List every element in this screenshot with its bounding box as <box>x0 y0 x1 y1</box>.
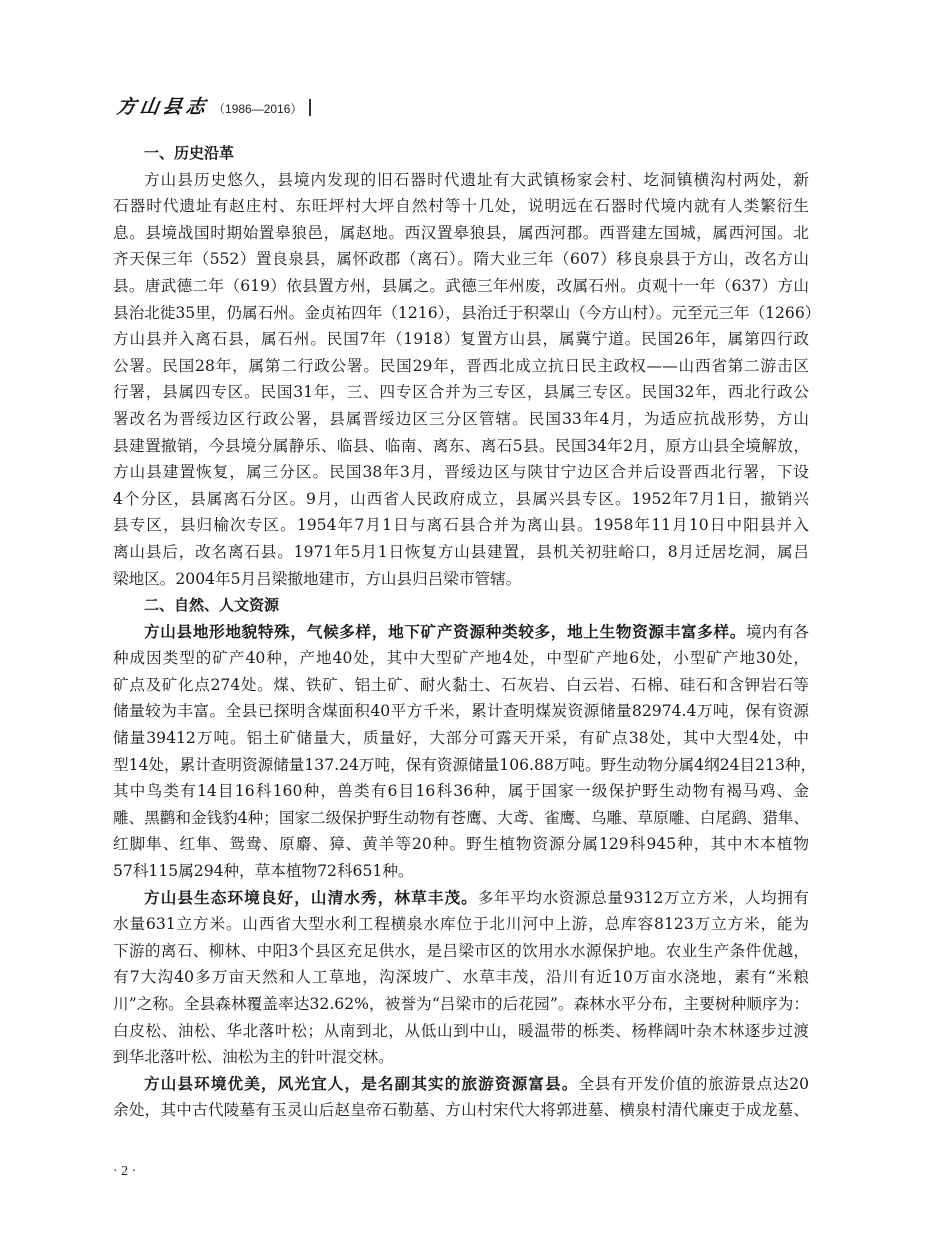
text-line: 矿点及矿化点274处。煤、铁矿、铝土矿、耐火黏土、石灰岩、白云岩、石棉、硅石和含… <box>113 672 809 699</box>
text-line: 到华北落叶松、油松为主的针叶混交林。 <box>113 1044 809 1071</box>
text-line: 息。县境战国时期始置皋狼邑，属赵地。西汉置皋狼县，属西河郡。西晋建左国城，属西河… <box>113 220 809 247</box>
text-line: 雕、黑鹳和金钱豹4种；国家二级保护野生动物有苍鹰、大鸢、雀鹰、乌雕、草原雕、白尾… <box>113 805 809 832</box>
page-body: 一、历史沿革 方山县历史悠久，县境内发现的旧石器时代遗址有大武镇杨家会村、圪洞镇… <box>113 140 809 1124</box>
text-line: 储量较为丰富。全县已探明含煤面积40平方千米，累计查明煤炭资源储量82974.4… <box>113 698 809 725</box>
lead-sentence: 方山县生态环境良好，山清水秀，林草丰茂。 <box>144 888 478 907</box>
text-line: 石器时代遗址有赵庄村、东旺坪村大坪自然村等十几处，说明远在石器时代境内就有人类繁… <box>113 193 809 220</box>
text-line: 57科115属294种，草本植物72科651种。 <box>113 858 809 885</box>
text-line: 行署，县属四专区。民国31年，三、四专区合并为三专区，县属三专区。民国32年，西… <box>113 379 809 406</box>
text-line: 署改名为晋绥边区行政公署，县属晋绥边区三分区管辖。民国33年4月，为适应抗战形势… <box>113 406 809 433</box>
text-line: 川”之称。全县森林覆盖率达32.62%，被誉为“吕梁市的后花园”。森林水平分布，… <box>113 991 809 1018</box>
running-header: 方山县志 （1986—2016） <box>117 92 311 122</box>
text-line: 余处，其中古代陵墓有玉灵山后赵皇帝石勒墓、方山村宋代大将郭进墓、横泉村清代廉吏于… <box>113 1097 809 1124</box>
text-line: 方山县环境优美，风光宜人，是名副其实的旅游资源富县。全县有开发价值的旅游景点达2… <box>113 1071 809 1098</box>
lead-sentence: 方山县环境优美，风光宜人，是名副其实的旅游资源富县。 <box>144 1074 578 1093</box>
text-line: 县建置撤销，今县境分属静乐、临县、临南、离东、离石5县。民国34年2月，原方山县… <box>113 433 809 460</box>
text-line: 县专区，县归榆次专区。1954年7月1日与离石县合并为离山县。1958年11月1… <box>113 512 809 539</box>
page-number: · 2 · <box>113 1164 136 1180</box>
book-years: （1986—2016） <box>213 100 302 117</box>
text-line: 有7大沟40多万亩天然和人工草地，沟深坡广、水草丰茂，沿川有近10万亩水浇地，素… <box>113 964 809 991</box>
text-line: 其中鸟类有14目16科160种，兽类有6目16科36种，属于国家一级保护野生动物… <box>113 778 809 805</box>
text-line: 方山县生态环境良好，山清水秀，林草丰茂。多年平均水资源总量9312万立方米，人均… <box>113 885 809 912</box>
text-line: 红脚隼、红隼、鸳鸯、原麝、獐、黄羊等20种。野生植物资源分属129科945种，其… <box>113 831 809 858</box>
resources-paragraph-tourism: 方山县环境优美，风光宜人，是名副其实的旅游资源富县。全县有开发价值的旅游景点达2… <box>113 1071 809 1124</box>
text-line: 下游的离石、柳林、中阳3个县区充足供水，是吕梁市区的饮用水水源保护地。农业生产条… <box>113 938 809 965</box>
text-line: 县。唐武德二年（619）依县置方州，县属之。武德三年州废，改属石州。贞观十一年（… <box>113 273 809 300</box>
resources-paragraph-minerals: 方山县地形地貌特殊，气候多样，地下矿产资源种类较多，地上生物资源丰富多样。境内有… <box>113 619 809 885</box>
section-heading-history: 一、历史沿革 <box>113 140 809 167</box>
text-line: 水量631立方米。山西省大型水利工程横泉水库位于北川河中上游，总库容8123万立… <box>113 911 809 938</box>
text-line: 方山县并入离石县，属石州。民国7年（1918）复置方山县，属冀宁道。民国26年，… <box>113 326 809 353</box>
text-line: 方山县地形地貌特殊，气候多样，地下矿产资源种类较多，地上生物资源丰富多样。境内有… <box>113 619 809 646</box>
text-line: 方山县历史悠久，县境内发现的旧石器时代遗址有大武镇杨家会村、圪洞镇横沟村两处，新 <box>113 167 809 194</box>
text-line: 种成因类型的矿产40种，产地40处，其中大型矿产地4处，中型矿产地6处，小型矿产… <box>113 645 809 672</box>
text-line: 白皮松、油松、华北落叶松；从南到北，从低山到中山，暖温带的栎类、杨桦阔叶杂木林逐… <box>113 1018 809 1045</box>
section-heading-resources: 二、自然、人文资源 <box>113 592 809 619</box>
resources-paragraph-ecology: 方山县生态环境良好，山清水秀，林草丰茂。多年平均水资源总量9312万立方米，人均… <box>113 885 809 1071</box>
text-line: 梁地区。2004年5月吕梁撤地建市，方山县归吕梁市管辖。 <box>113 566 809 593</box>
text-line: 4个分区，县属离石分区。9月，山西省人民政府成立，县属兴县专区。1952年7月1… <box>113 486 809 513</box>
history-paragraph: 方山县历史悠久，县境内发现的旧石器时代遗址有大武镇杨家会村、圪洞镇横沟村两处，新… <box>113 167 809 593</box>
header-divider <box>309 99 311 116</box>
lead-sentence: 方山县地形地貌特殊，气候多样，地下矿产资源种类较多，地上生物资源丰富多样。 <box>144 622 746 641</box>
text-line: 公署。民国28年，属第二行政公署。民国29年，晋西北成立抗日民主政权——山西省第… <box>113 353 809 380</box>
text-line: 离山县后，改名离石县。1971年5月1日恢复方山县建置，县机关初驻峪口，8月迁居… <box>113 539 809 566</box>
text-line: 齐天保三年（552）置良泉县，属怀政郡（离石）。隋大业三年（607）移良泉县于方… <box>113 246 809 273</box>
text-line: 型14处，累计查明资源储量137.24万吨，保有资源储量106.88万吨。野生动… <box>113 752 809 779</box>
book-title: 方山县志 <box>115 92 211 119</box>
text-line: 方山县建置恢复，属三分区。民国38年3月，晋绥边区与陕甘宁边区合并后设晋西北行署… <box>113 459 809 486</box>
text-line: 储量39412万吨。铝土矿储量大，质量好，大部分可露天开采，有矿点38处，其中大… <box>113 725 809 752</box>
text-line: 县治北徙35里，仍属石州。金贞祐四年（1216），县治迁于积翠山（今方山村）。元… <box>113 300 809 327</box>
